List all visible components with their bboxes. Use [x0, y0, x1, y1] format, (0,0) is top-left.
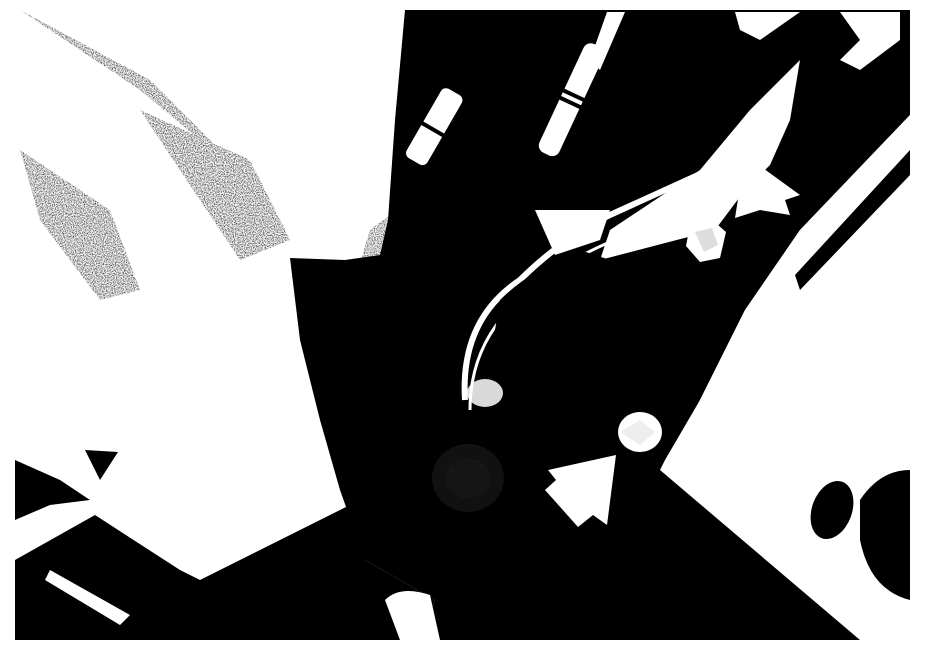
photo-illustration: [0, 0, 928, 665]
engine-photo: [0, 0, 928, 665]
lower-bolt: [618, 412, 662, 452]
knob-upper: [467, 379, 503, 407]
